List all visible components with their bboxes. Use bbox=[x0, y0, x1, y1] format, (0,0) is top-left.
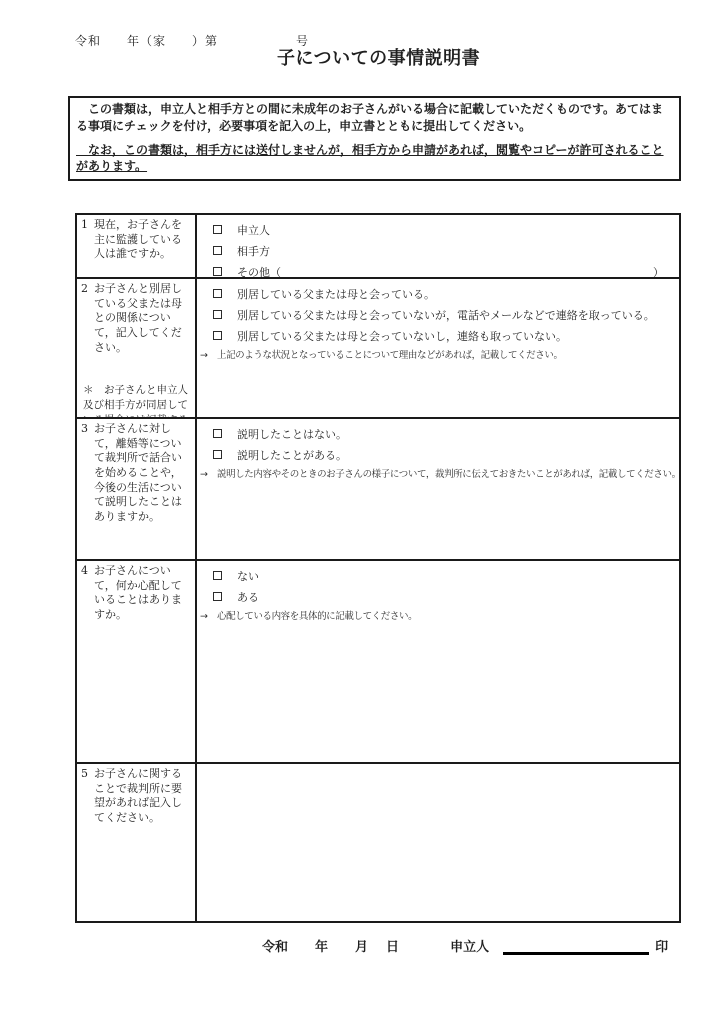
year-label: 年 bbox=[315, 936, 328, 955]
answer-cell-5 bbox=[197, 762, 679, 921]
arrow-note-row: → 上記のような状況となっていることについて理由などがあれば，記載してください。 bbox=[197, 349, 679, 363]
option-label: ある bbox=[237, 589, 259, 605]
free-text-area[interactable] bbox=[197, 768, 679, 921]
option-label: 別居している父または母と会っていないし，連絡も取っていない。 bbox=[237, 328, 567, 344]
checkbox[interactable] bbox=[213, 310, 222, 319]
option-label: ない bbox=[237, 568, 259, 584]
answer-cell-1: 申立人 相手方 その他（ ） bbox=[197, 215, 679, 277]
free-text-area[interactable] bbox=[197, 363, 679, 403]
option-row: 別居している父または母と会っていないし，連絡も取っていない。 bbox=[197, 325, 679, 346]
question-text: 現在，お子さんを主に監護している人は誰ですか。 bbox=[94, 218, 192, 262]
checkbox[interactable] bbox=[213, 450, 222, 459]
question-cell-4: 4 お子さんについて，何か心配していることはありますか。 bbox=[77, 559, 197, 762]
question-cell-3: 3 お子さんに対して，離婚等について裁判所で話合いを始めることや，今後の生活につ… bbox=[77, 417, 197, 559]
question-text: お子さんと別居している父または母との関係について，記入してください。 bbox=[94, 282, 192, 355]
option-label: 相手方 bbox=[237, 243, 270, 259]
option-row: 相手方 bbox=[197, 240, 679, 261]
case-number-line: 令和 年（家 ）第 号 bbox=[75, 32, 309, 49]
option-label: 別居している父または母と会っていないが，電話やメールなどで連絡を取っている。 bbox=[237, 307, 655, 323]
option-label: 別居している父または母と会っている。 bbox=[237, 286, 435, 302]
question-number: 3 bbox=[81, 422, 94, 524]
option-row: 説明したことがある。 bbox=[197, 444, 679, 465]
era-label: 令和 bbox=[262, 936, 288, 955]
option-row: ある bbox=[197, 586, 679, 607]
arrow-icon: → bbox=[200, 468, 208, 482]
checkbox[interactable] bbox=[213, 225, 222, 234]
option-row: 説明したことはない。 bbox=[197, 423, 679, 444]
arrow-note-text: 上記のような状況となっていることについて理由などがあれば，記載してください。 bbox=[217, 349, 563, 363]
option-label: その他（ bbox=[237, 264, 281, 278]
question-cell-1: 1 現在，お子さんを主に監護している人は誰ですか。 bbox=[77, 215, 197, 277]
month-label: 月 bbox=[355, 936, 368, 955]
arrow-note-row: → 心配している内容を具体的に記載してください。 bbox=[197, 610, 679, 624]
checkbox[interactable] bbox=[213, 429, 222, 438]
arrow-note-text: 心配している内容を具体的に記載してください。 bbox=[217, 610, 417, 624]
applicant-label: 申立人 bbox=[450, 936, 489, 955]
signature-date-line: 令和 年 月 日 申立人 印 bbox=[262, 936, 668, 955]
answer-cell-3: 説明したことはない。 説明したことがある。 → 説明した内容やそのときのお子さん… bbox=[197, 417, 679, 559]
checkbox[interactable] bbox=[213, 331, 222, 340]
checkbox[interactable] bbox=[213, 246, 222, 255]
seal-label: 印 bbox=[655, 936, 668, 955]
question-cell-2: 2 お子さんと別居している父または母との関係について，記入してください。 ＊ お… bbox=[77, 277, 197, 417]
option-label: 説明したことはない。 bbox=[237, 426, 347, 442]
answer-cell-4: ない ある → 心配している内容を具体的に記載してください。 bbox=[197, 559, 679, 762]
notice-paragraph-1: この書類は，申立人と相手方との間に未成年のお子さんがいる場合に記載していただくも… bbox=[76, 101, 673, 135]
question-text: お子さんについて，何か心配していることはありますか。 bbox=[94, 564, 192, 623]
question-number: 4 bbox=[81, 564, 94, 623]
signature-underline[interactable] bbox=[503, 940, 649, 955]
arrow-note-row: → 説明した内容やそのときのお子さんの様子について，裁判所に伝えておきたいことが… bbox=[197, 468, 679, 482]
option-row: 別居している父または母と会っていないが，電話やメールなどで連絡を取っている。 bbox=[197, 304, 679, 325]
question-number: 1 bbox=[81, 218, 94, 262]
page-title: 子についての事情説明書 bbox=[277, 44, 480, 70]
option-row: 申立人 bbox=[197, 219, 679, 240]
free-text-area[interactable] bbox=[197, 482, 679, 542]
question-note: ＊ お子さんと申立人及び相手方が同居している場合には記載する必要はありません。 bbox=[81, 383, 192, 417]
option-row: ない bbox=[197, 565, 679, 586]
question-cell-5: 5 お子さんに関することで裁判所に要望があれば記入してください。 bbox=[77, 762, 197, 921]
free-text-area[interactable] bbox=[197, 624, 679, 744]
question-text: お子さんに関することで裁判所に要望があれば記入してください。 bbox=[94, 767, 192, 826]
question-number: 2 bbox=[81, 282, 94, 355]
arrow-icon: → bbox=[200, 349, 208, 363]
form-table: 1 現在，お子さんを主に監護している人は誰ですか。 申立人 相手方 その他（ ） bbox=[75, 213, 681, 923]
option-label: 申立人 bbox=[237, 222, 270, 238]
arrow-note-text: 説明した内容やそのときのお子さんの様子について，裁判所に伝えておきたいことがあれ… bbox=[217, 468, 679, 482]
option-label: 説明したことがある。 bbox=[237, 447, 347, 463]
checkbox[interactable] bbox=[213, 289, 222, 298]
option-close-paren: ） bbox=[653, 264, 664, 278]
day-label: 日 bbox=[386, 936, 399, 955]
notice-box: この書類は，申立人と相手方との間に未成年のお子さんがいる場合に記載していただくも… bbox=[68, 96, 681, 181]
checkbox[interactable] bbox=[213, 592, 222, 601]
checkbox[interactable] bbox=[213, 571, 222, 580]
question-text: お子さんに対して，離婚等について裁判所で話合いを始めることや，今後の生活について… bbox=[94, 422, 192, 524]
checkbox[interactable] bbox=[213, 267, 222, 276]
document-page: 令和 年（家 ）第 号 子についての事情説明書 この書類は，申立人と相手方との間… bbox=[0, 0, 724, 1024]
question-number: 5 bbox=[81, 767, 94, 826]
notice-paragraph-2: なお，この書類は，相手方には送付しませんが，相手方から申請があれば，閲覧やコピー… bbox=[76, 142, 673, 176]
option-row-other: その他（ ） bbox=[197, 261, 679, 277]
arrow-icon: → bbox=[200, 610, 208, 624]
option-row: 別居している父または母と会っている。 bbox=[197, 283, 679, 304]
answer-cell-2: 別居している父または母と会っている。 別居している父または母と会っていないが，電… bbox=[197, 277, 679, 417]
